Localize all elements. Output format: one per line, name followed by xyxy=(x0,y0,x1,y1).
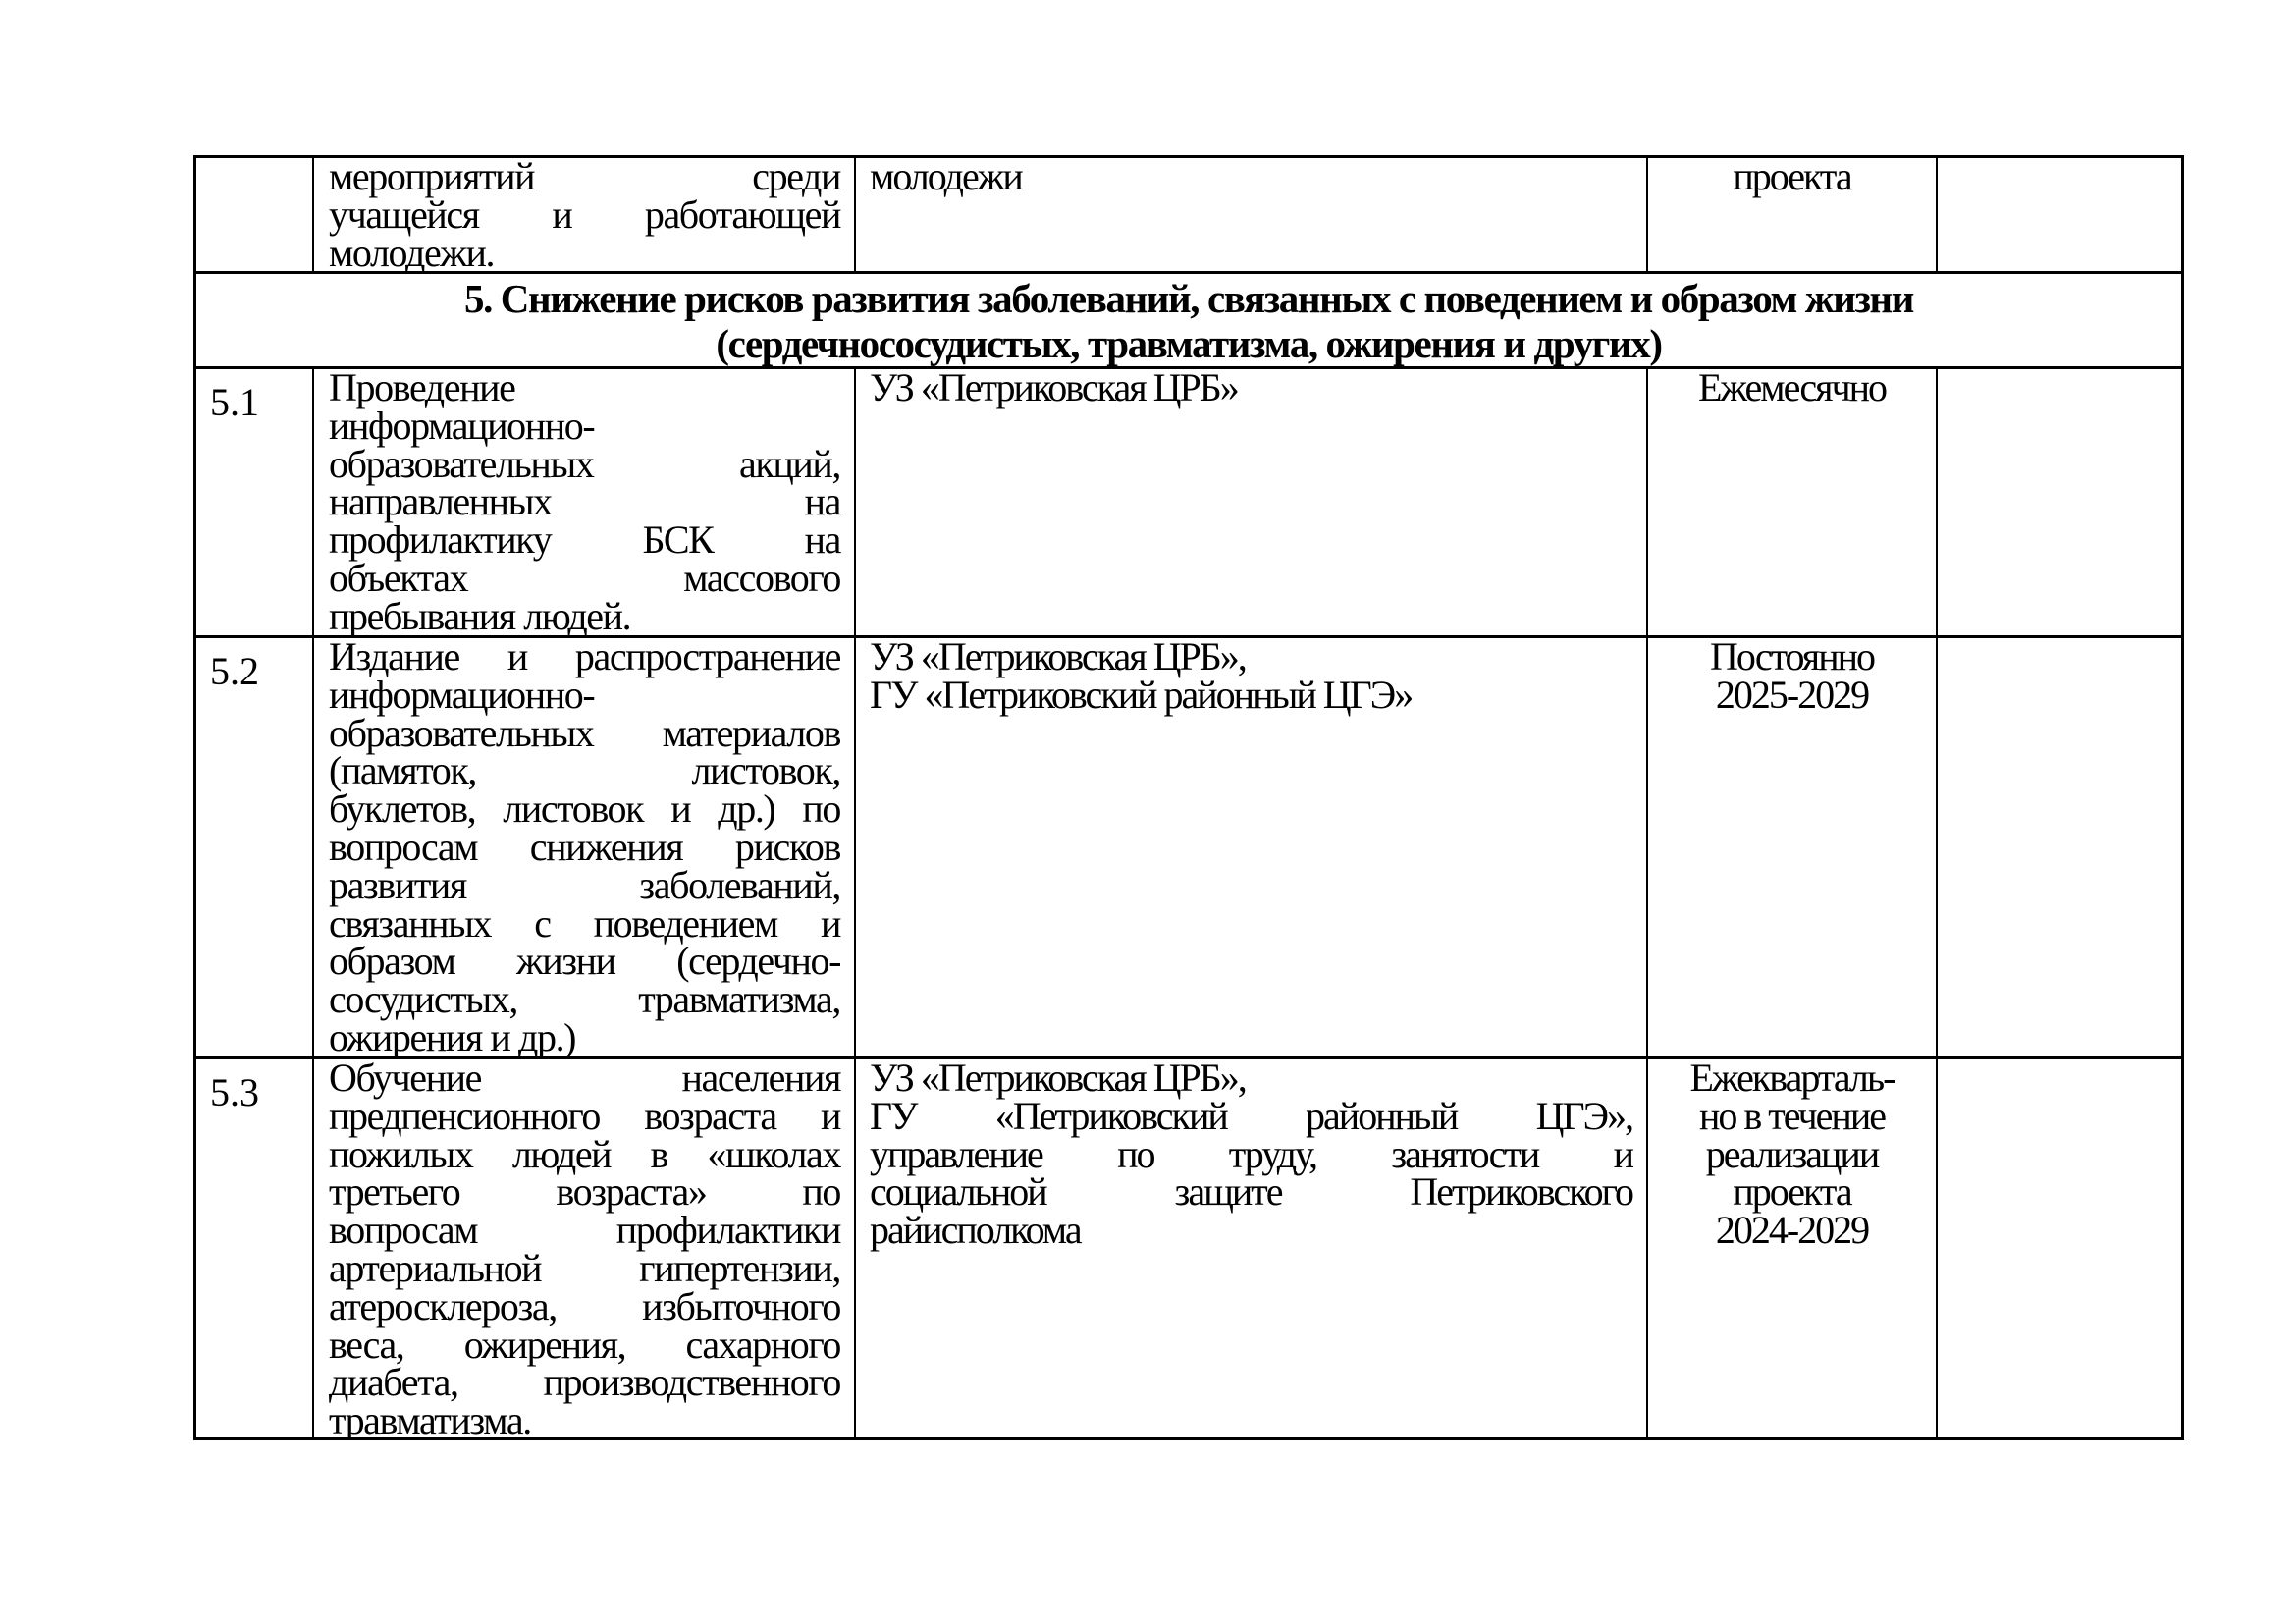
cell-note xyxy=(1936,1059,2181,1437)
text-line: (памяток, листовок, xyxy=(329,752,840,790)
timing-text: Ежекварталь-но в течениереализациипроект… xyxy=(1648,1059,1936,1250)
row-number: 5.3 xyxy=(196,1059,312,1112)
text-line: буклетов, листовок и др.) по xyxy=(329,790,840,829)
text-line: образовательных материалов xyxy=(329,715,840,753)
text-line: проекта xyxy=(1648,1173,1936,1212)
text-line: райисполкома xyxy=(870,1212,1632,1250)
text-line: но в течение xyxy=(1648,1098,1936,1136)
text-line: Ежемесячно xyxy=(1648,369,1936,407)
table-row: 5.1Проведениеинформационно-образовательн… xyxy=(196,366,2181,635)
timing-text: Постоянно2025-2029 xyxy=(1648,638,1936,715)
text-line: молодежи. xyxy=(329,235,840,273)
text-line: образовательных акций, xyxy=(329,446,840,484)
text-line: артериальной гипертензии, xyxy=(329,1250,840,1288)
text-line: направленных на xyxy=(329,483,840,521)
text-line: Проведение xyxy=(329,369,840,407)
text-line: третьего возраста» по xyxy=(329,1173,840,1212)
row-number: 5.1 xyxy=(196,369,312,422)
text-line: диабета, производственного xyxy=(329,1364,840,1402)
text-line: ожирения и др.) xyxy=(329,1019,840,1056)
responsible-text: УЗ «Петриковская ЦРБ»,ГУ «Петриковский р… xyxy=(870,1059,1632,1250)
text-line: информационно- xyxy=(329,677,840,715)
text-line: вопросам профилактики xyxy=(329,1212,840,1250)
row-number: 5.2 xyxy=(196,638,312,691)
timing-text: проекта xyxy=(1648,158,1936,196)
text-line: образом жизни (сердечно- xyxy=(329,943,840,981)
cell-number: 5.1 xyxy=(196,369,312,635)
cell-timing: проекта xyxy=(1646,158,1936,274)
text-line: учащейся и работающей xyxy=(329,196,840,235)
text-line: Постоянно xyxy=(1648,638,1936,677)
text-line: веса, ожирения, сахарного xyxy=(329,1326,840,1365)
cell-activity: Издание и распространениеинформационно-о… xyxy=(312,638,854,1056)
cell-responsible: УЗ «Петриковская ЦРБ»,ГУ «Петриковский р… xyxy=(854,638,1646,1056)
text-line: управление по труду, занятости и xyxy=(870,1136,1632,1174)
text-line: информационно- xyxy=(329,407,840,446)
text-line: реализации xyxy=(1648,1136,1936,1174)
text-line: вопросам снижения рисков xyxy=(329,829,840,867)
table-row: 5.3Обучение населенияпредпенсионного воз… xyxy=(196,1056,2181,1437)
text-line: травматизма. xyxy=(329,1402,840,1437)
text-line: сосудистых, травматизма, xyxy=(329,981,840,1019)
text-line: социальной защите Петриковского xyxy=(870,1173,1632,1212)
text-line: УЗ «Петриковская ЦРБ», xyxy=(870,1059,1632,1098)
responsible-text: УЗ «Петриковская ЦРБ» xyxy=(870,369,1632,407)
cell-note xyxy=(1936,638,2181,1056)
text-line: профилактику БСК на xyxy=(329,521,840,560)
cell-responsible: УЗ «Петриковская ЦРБ» xyxy=(854,369,1646,635)
responsible-text: УЗ «Петриковская ЦРБ»,ГУ «Петриковский р… xyxy=(870,638,1632,715)
text-line: предпенсионного возраста и xyxy=(329,1098,840,1136)
cell-responsible: УЗ «Петриковская ЦРБ»,ГУ «Петриковский р… xyxy=(854,1059,1646,1437)
text-line: мероприятий среди xyxy=(329,158,840,196)
cell-timing: Постоянно2025-2029 xyxy=(1646,638,1936,1056)
cell-number: 5.3 xyxy=(196,1059,312,1437)
cell-activity: Обучение населенияпредпенсионного возрас… xyxy=(312,1059,854,1437)
text-line: 2024-2029 xyxy=(1648,1212,1936,1250)
text-line: Издание и распространение xyxy=(329,638,840,677)
text-line: УЗ «Петриковская ЦРБ», xyxy=(870,638,1632,677)
cell-activity: Проведениеинформационно-образовательных … xyxy=(312,369,854,635)
text-line: 2025-2029 xyxy=(1648,677,1936,715)
text-line: пожилых людей в «школах xyxy=(329,1136,840,1174)
section-title-line2: (сердечнососудистых, травматизма, ожирен… xyxy=(196,321,2181,366)
text-line: ГУ «Петриковский районный ЦГЭ», xyxy=(870,1098,1632,1136)
activity-text: Издание и распространениеинформационно-о… xyxy=(329,638,840,1056)
text-line: УЗ «Петриковская ЦРБ» xyxy=(870,369,1632,407)
table-row: 5.2Издание и распространениеинформационн… xyxy=(196,635,2181,1056)
cell-number xyxy=(196,158,312,274)
text-line: ГУ «Петриковский районный ЦГЭ» xyxy=(870,677,1632,715)
text-line: Ежекварталь- xyxy=(1648,1059,1936,1098)
section-title: 5. Снижение рисков развития заболеваний,… xyxy=(196,274,2181,366)
text-line: атеросклероза, избыточного xyxy=(329,1288,840,1326)
cell-timing: Ежемесячно xyxy=(1646,369,1936,635)
activity-text: Обучение населенияпредпенсионного возрас… xyxy=(329,1059,840,1437)
activity-text: мероприятий средиучащейся и работающеймо… xyxy=(329,158,840,272)
plan-table: мероприятий средиучащейся и работающеймо… xyxy=(193,155,2184,1440)
section-title-line1: 5. Снижение рисков развития заболеваний,… xyxy=(196,276,2181,321)
timing-text: Ежемесячно xyxy=(1648,369,1936,407)
cell-activity: мероприятий средиучащейся и работающеймо… xyxy=(312,158,854,274)
document-page: мероприятий средиучащейся и работающеймо… xyxy=(0,0,2296,1624)
cell-note xyxy=(1936,158,2181,274)
cell-responsible: молодежи xyxy=(854,158,1646,274)
text-line: связанных с поведением и xyxy=(329,905,840,944)
cell-timing: Ежекварталь-но в течениереализациипроект… xyxy=(1646,1059,1936,1437)
responsible-text: молодежи xyxy=(870,158,1632,196)
cell-note xyxy=(1936,369,2181,635)
text-line: Обучение населения xyxy=(329,1059,840,1098)
cell-number: 5.2 xyxy=(196,638,312,1056)
activity-text: Проведениеинформационно-образовательных … xyxy=(329,369,840,635)
table-row-continued: мероприятий средиучащейся и работающеймо… xyxy=(196,158,2181,274)
text-line: объектах массового xyxy=(329,560,840,598)
text-line: развития заболеваний, xyxy=(329,867,840,905)
text-line: пребывания людей. xyxy=(329,598,840,635)
section-header-row: 5. Снижение рисков развития заболеваний,… xyxy=(196,271,2181,369)
